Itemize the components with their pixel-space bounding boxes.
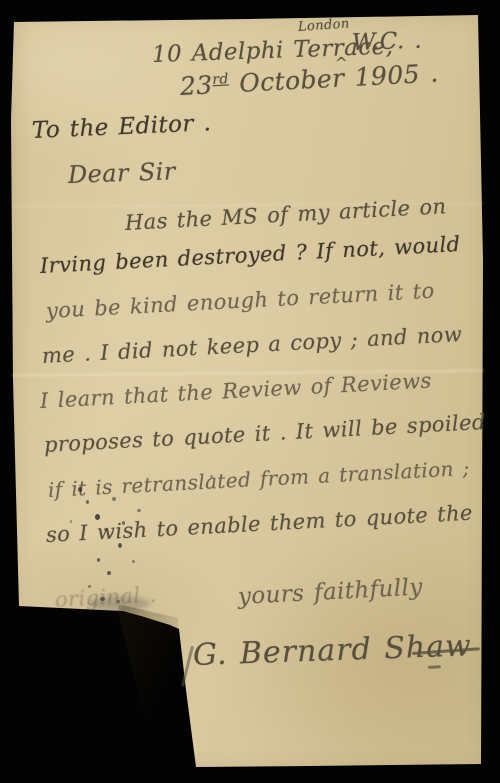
ink-blot bbox=[107, 571, 111, 575]
ink-blot bbox=[117, 600, 120, 603]
ink-blot bbox=[97, 558, 100, 562]
ink-blot bbox=[137, 509, 141, 512]
ink-blot bbox=[95, 514, 100, 520]
ink-blot bbox=[70, 520, 72, 523]
ink-blot bbox=[132, 560, 135, 563]
address-district: W.C. . bbox=[352, 28, 423, 56]
ink-blot bbox=[104, 528, 107, 531]
date-ordinal: rd bbox=[212, 71, 229, 88]
ink-smudge bbox=[88, 596, 150, 611]
ink-blot bbox=[112, 497, 116, 501]
ink-blot bbox=[86, 500, 89, 504]
date-day: 23 bbox=[179, 70, 213, 101]
ink-blot bbox=[210, 475, 213, 478]
ink-blot bbox=[122, 521, 125, 525]
salutation-line: Dear Sir bbox=[68, 157, 177, 189]
ink-blot bbox=[78, 487, 82, 492]
ink-blot bbox=[100, 597, 105, 601]
ink-blot bbox=[118, 543, 122, 548]
letter-scan: 10 Adelphi Terrace, London ^ W.C. . 23rd… bbox=[0, 0, 500, 783]
ink-blot bbox=[88, 585, 91, 588]
